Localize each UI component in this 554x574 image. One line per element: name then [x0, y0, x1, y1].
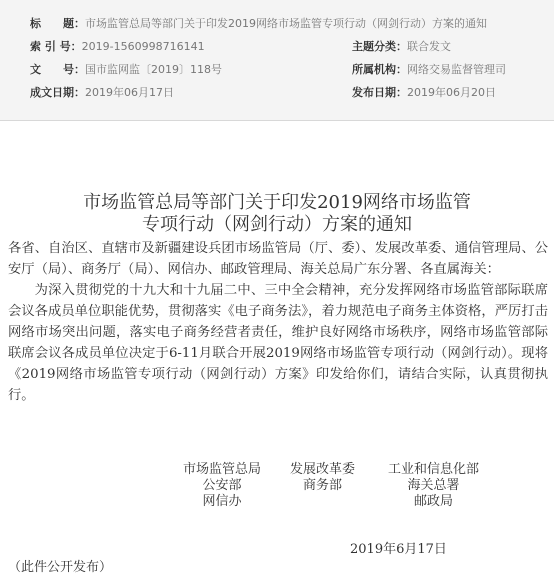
- meta-title-label: 标 题：: [30, 15, 85, 31]
- meta-category-row: 主题分类：联合发文: [352, 38, 451, 54]
- signatory: 邮政局: [388, 494, 479, 510]
- meta-published-label: 发布日期：: [352, 84, 407, 100]
- document-title: 市场监管总局等部门关于印发2019网络市场监管 专项行动（网剑行动）方案的通知: [0, 192, 554, 236]
- public-note: （此件公开发布）: [8, 556, 112, 574]
- meta-docno-value: 国市监网监〔2019〕118号: [85, 63, 222, 76]
- document-body: 各省、自治区、直辖市及新疆建设兵团市场监管局（厅、委）、发展改革委、通信管理局、…: [8, 238, 548, 406]
- signatory: 市场监管总局: [183, 462, 261, 478]
- meta-title-row: 标 题：市场监管总局等部门关于印发2019网络市场监管专项行动（网剑行动）方案的…: [30, 15, 487, 31]
- signatory: 商务部: [290, 478, 355, 494]
- signatory: 海关总署: [388, 478, 479, 494]
- meta-created-value: 2019年06月17日: [85, 86, 174, 99]
- meta-org-value: 网络交易监督管理司: [407, 63, 506, 76]
- document-title-line1: 市场监管总局等部门关于印发2019网络市场监管: [0, 192, 554, 214]
- signatory-column-1: 市场监管总局 公安部 网信办: [183, 462, 261, 510]
- body-paragraph: 为深入贯彻党的十九大和十九届二中、三中全会精神，充分发挥网络市场监管部际联席会议…: [8, 280, 548, 406]
- meta-title-value: 市场监管总局等部门关于印发2019网络市场监管专项行动（网剑行动）方案的通知: [85, 17, 487, 30]
- meta-created-row: 成文日期：2019年06月17日: [30, 84, 174, 100]
- meta-index-value: 2019-1560998716141: [82, 40, 205, 53]
- signatory: 工业和信息化部: [388, 462, 479, 478]
- salutation: 各省、自治区、直辖市及新疆建设兵团市场监管局（厅、委）、发展改革委、通信管理局、…: [8, 238, 548, 280]
- signatory-column-2: 发展改革委 商务部: [290, 462, 355, 494]
- signatory: 网信办: [183, 494, 261, 510]
- document-date: 2019年6月17日: [350, 538, 447, 557]
- signatory: 公安部: [183, 478, 261, 494]
- signatory-column-3: 工业和信息化部 海关总署 邮政局: [388, 462, 479, 510]
- meta-docno-label: 文 号：: [30, 61, 85, 77]
- meta-category-label: 主题分类：: [352, 38, 407, 54]
- meta-docno-row: 文 号：国市监网监〔2019〕118号: [30, 61, 222, 77]
- document-title-line2: 专项行动（网剑行动）方案的通知: [0, 214, 554, 236]
- meta-published-value: 2019年06月20日: [407, 86, 496, 99]
- meta-org-row: 所属机构：网络交易监督管理司: [352, 61, 506, 77]
- meta-created-label: 成文日期：: [30, 84, 85, 100]
- meta-index-row: 索 引 号：2019-1560998716141: [30, 38, 205, 54]
- signatory: 发展改革委: [290, 462, 355, 478]
- meta-category-value: 联合发文: [407, 40, 451, 53]
- metadata-panel: 标 题：市场监管总局等部门关于印发2019网络市场监管专项行动（网剑行动）方案的…: [0, 0, 554, 121]
- meta-published-row: 发布日期：2019年06月20日: [352, 84, 496, 100]
- meta-index-label: 索 引 号：: [30, 38, 82, 54]
- meta-org-label: 所属机构：: [352, 61, 407, 77]
